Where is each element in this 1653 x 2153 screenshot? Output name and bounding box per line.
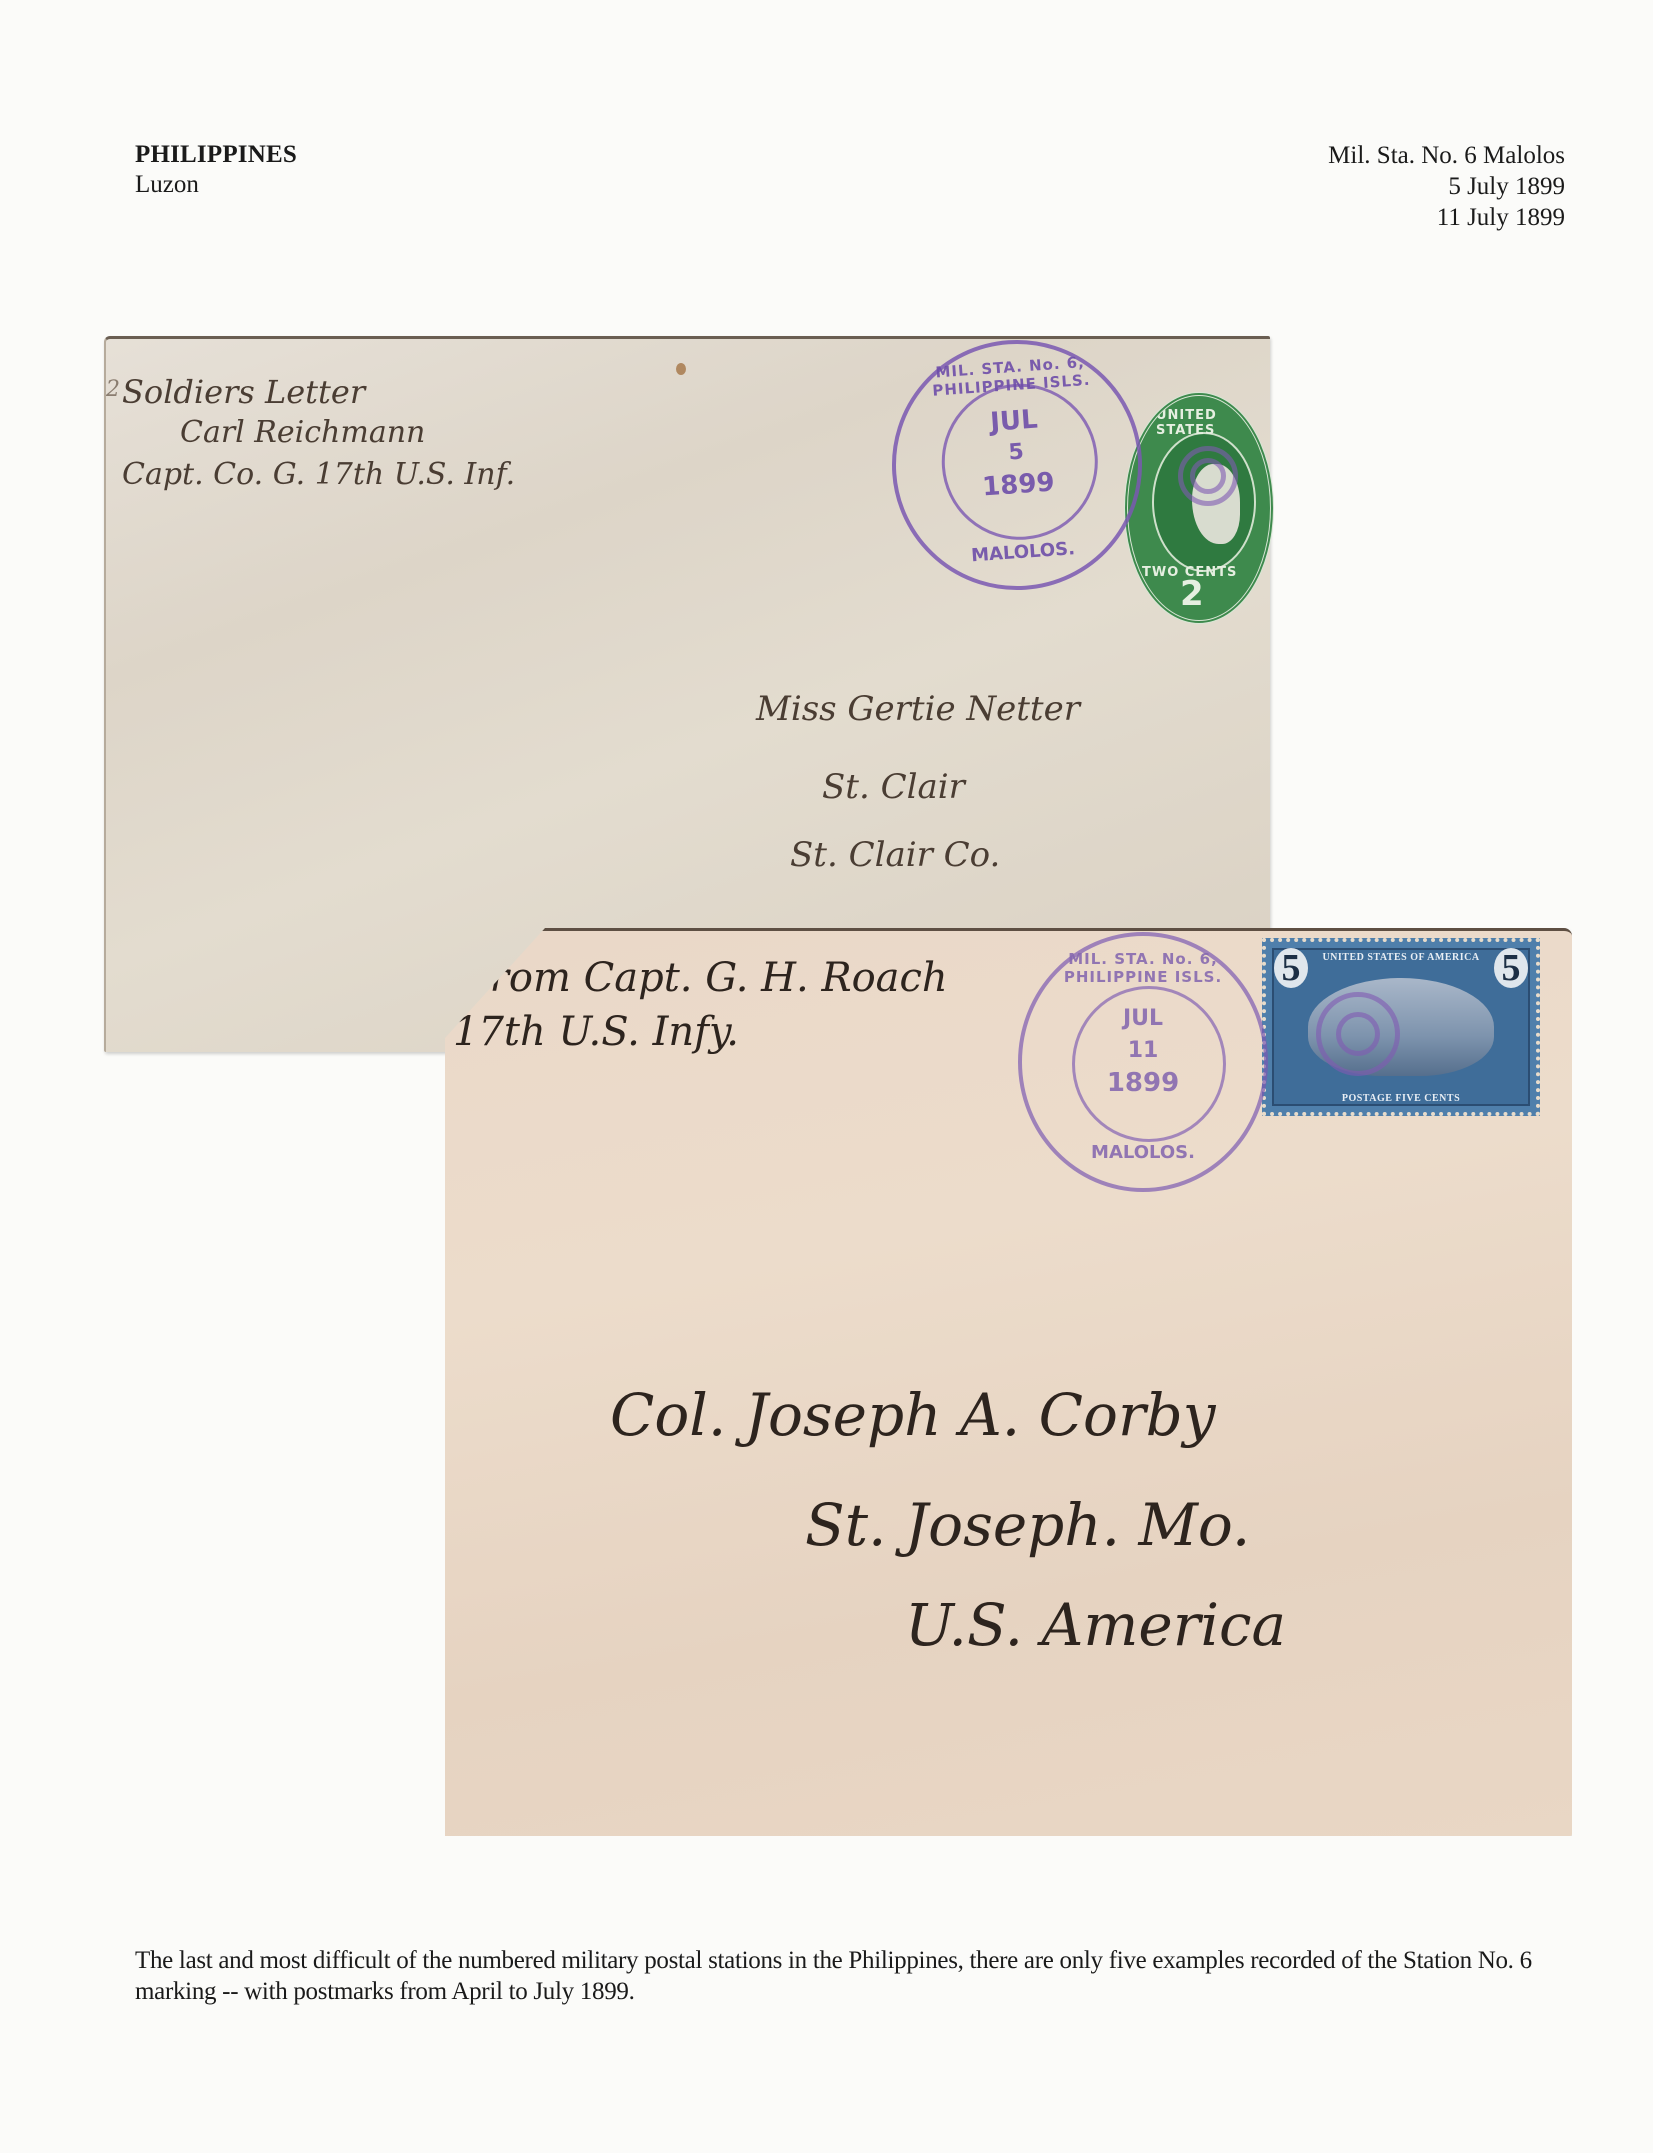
postmark-year: 1899: [1022, 1068, 1264, 1098]
sender-line-1: from Capt. G. H. Roach: [475, 955, 948, 1001]
postmark-month: JUL: [1022, 1006, 1264, 1031]
address-line-1: Miss Gertie Netter: [756, 689, 1080, 729]
address-line-1: Col. Joseph A. Corby: [610, 1381, 1216, 1449]
stamp-top-text: UNITED STATES OF AMERICA: [1312, 952, 1490, 963]
stamp-denomination-left: 5: [1274, 948, 1308, 988]
address-line-2: St. Joseph. Mo.: [805, 1491, 1250, 1559]
address-line-3: U.S. America: [905, 1591, 1286, 1659]
sender-line-2: 17th U.S. Infy.: [453, 1009, 739, 1055]
page-header-left: PHILIPPINES Luzon: [135, 140, 297, 200]
sender-line-3: Capt. Co. G. 17th U.S. Inf.: [122, 457, 515, 492]
postmark-outer-text: MIL. STA. No. 6, PHILIPPINE ISLS.: [1022, 950, 1264, 986]
region-subtitle: Luzon: [135, 170, 297, 200]
country-title: PHILIPPINES: [135, 140, 297, 170]
postmark-day: 11: [1022, 1038, 1264, 1063]
paper-spot: [676, 363, 686, 375]
page-header-right: Mil. Sta. No. 6 Malolos 5 July 1899 11 J…: [1328, 140, 1565, 233]
sender-line-1: Soldiers Letter: [122, 373, 365, 411]
station-name: Mil. Sta. No. 6 Malolos: [1328, 140, 1565, 171]
indicium-top-text: UNITED STATES: [1156, 408, 1270, 438]
stamp-frame: [1272, 948, 1530, 1106]
target-cancel-inner-icon: [1336, 1012, 1380, 1056]
stamp-bottom-text: POSTAGE FIVE CENTS: [1312, 1093, 1490, 1104]
corner-mark: 2: [106, 377, 120, 402]
address-line-2: St. Clair: [822, 767, 965, 807]
sender-line-2: Carl Reichmann: [180, 415, 425, 450]
postmark-jul-11-1899: MIL. STA. No. 6, PHILIPPINE ISLS. JUL 11…: [1018, 932, 1268, 1192]
stamped-envelope-indicium-2-cents: UNITED STATES TWO CENTS 2: [1124, 392, 1274, 624]
stamp-5-cents-trans-mississippi: 5 5 UNITED STATES OF AMERICA POSTAGE FIV…: [1262, 938, 1540, 1116]
indicium-denomination: 2: [1180, 574, 1204, 614]
address-line-3: St. Clair Co.: [790, 835, 1000, 875]
stamp-denomination-right: 5: [1494, 948, 1528, 988]
exhibit-caption: The last and most difficult of the numbe…: [135, 1945, 1555, 2007]
postmark-town: MALOLOS.: [1022, 1142, 1264, 1163]
target-cancel-inner-icon: [1190, 458, 1226, 494]
date-2: 11 July 1899: [1328, 202, 1565, 233]
date-1: 5 July 1899: [1328, 171, 1565, 202]
